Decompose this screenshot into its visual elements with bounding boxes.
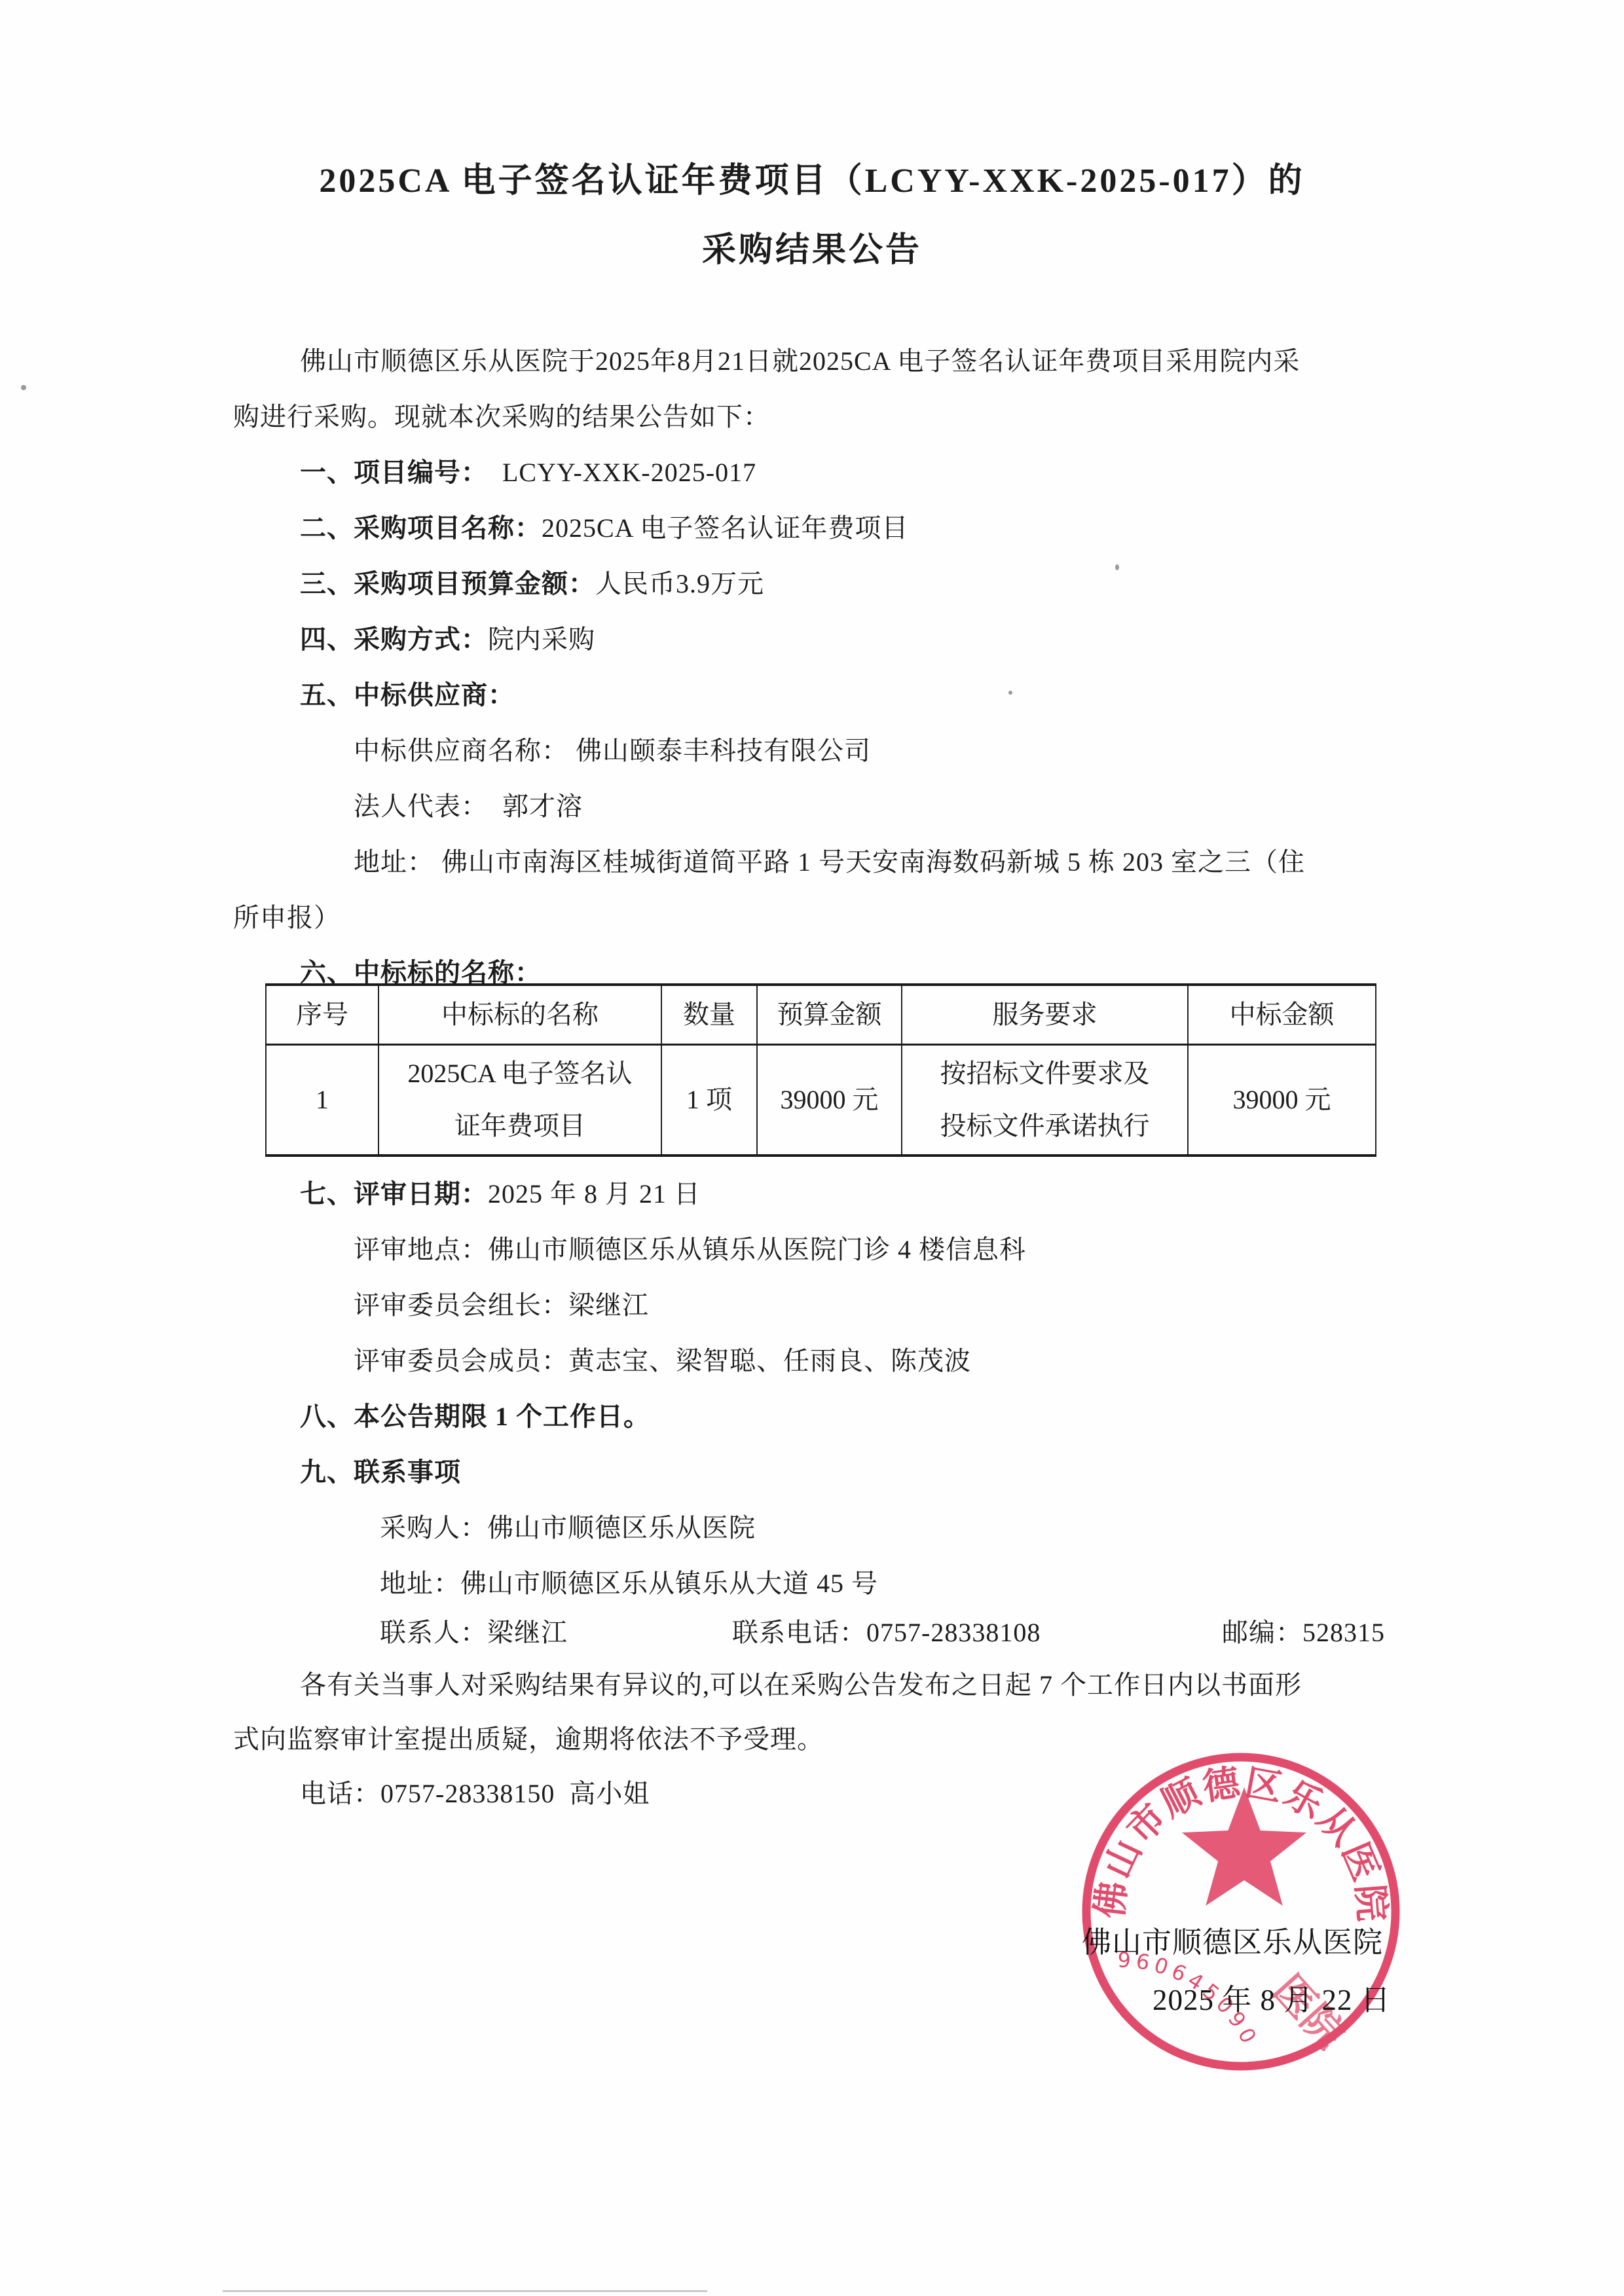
scanner-edge-line bbox=[223, 2290, 707, 2292]
item3-label: 三、采购项目预算金额： bbox=[300, 569, 595, 598]
award-table: 序号 中标标的名称 数量 预算金额 服务要求 中标金额 1 2025CA 电子签… bbox=[265, 983, 1376, 1157]
supplier-name-line: 中标供应商名称： 佛山颐泰丰科技有限公司 bbox=[354, 735, 871, 767]
contact-tel: 联系电话：0757-28338108 bbox=[732, 1617, 1041, 1649]
buyer-line: 采购人：佛山市顺德区乐从医院 bbox=[380, 1512, 756, 1544]
item3-value: 人民币3.9万元 bbox=[595, 569, 764, 598]
col-header-amount: 中标金额 bbox=[1188, 985, 1376, 1045]
objection-tel: 电话：0757-28338150 高小姐 bbox=[300, 1778, 650, 1810]
objection-line1: 各有关当事人对采购结果有异议的,可以在采购公告发布之日起 7 个工作日内以书面形 bbox=[300, 1669, 1302, 1701]
objection-line2: 式向监察审计室提出质疑，逾期将依法不予受理。 bbox=[233, 1724, 824, 1755]
supplier-addr-cont: 所申报） bbox=[233, 902, 341, 934]
supplier-addr-line: 地址： 佛山市南海区桂城街道简平路 1 号天安南海数码新城 5 栋 203 室之… bbox=[354, 847, 1305, 878]
supplier-addr-label: 地址： bbox=[354, 847, 434, 877]
item-contact-matters: 九、联系事项 bbox=[300, 1457, 461, 1488]
doc-title-line2: 采购结果公告 bbox=[0, 230, 1624, 271]
cell-qty: 1 项 bbox=[661, 1045, 757, 1156]
item-notice-period: 八、本公告期限 1 个工作日。 bbox=[300, 1401, 650, 1432]
buyer-addr-line: 地址：佛山市顺德区乐从镇乐从大道 45 号 bbox=[380, 1568, 878, 1599]
signature-org-name: 佛山市顺德区乐从医院 bbox=[1082, 1918, 1383, 1961]
scan-speck bbox=[1115, 564, 1119, 570]
doc-title-line1: 2025CA 电子签名认证年费项目（LCYY-XXK-2025-017）的 bbox=[0, 161, 1624, 202]
cell-service: 按招标文件要求及 投标文件承诺执行 bbox=[902, 1045, 1188, 1156]
col-header-seq: 序号 bbox=[266, 985, 378, 1045]
legal-rep-value: 郭才溶 bbox=[488, 792, 583, 821]
item4-label: 四、采购方式： bbox=[300, 625, 488, 654]
item-method: 四、采购方式：院内采购 bbox=[300, 624, 595, 655]
item1-value: LCYY-XXK-2025-017 bbox=[488, 458, 756, 487]
item-winning-supplier: 五、中标供应商： bbox=[300, 680, 515, 711]
intro-line2: 购进行采购。现就本次采购的结果公告如下： bbox=[233, 401, 770, 433]
item7-value: 2025 年 8 月 21 日 bbox=[488, 1179, 701, 1209]
cell-seq: 1 bbox=[266, 1045, 378, 1156]
col-header-service: 服务要求 bbox=[902, 985, 1188, 1045]
item-project-name: 二、采购项目名称：2025CA 电子签名认证年费项目 bbox=[300, 513, 908, 544]
official-seal: 佛山市顺德区乐从医院 96064509031 医院 bbox=[1067, 1738, 1408, 2079]
cell-amount: 39000 元 bbox=[1188, 1045, 1376, 1156]
item-budget: 三、采购项目预算金额：人民币3.9万元 bbox=[300, 568, 764, 600]
review-members: 评审委员会成员：黄志宝、梁智聪、任雨良、陈茂波 bbox=[354, 1345, 971, 1377]
supplier-addr-value: 佛山市南海区桂城街道简平路 1 号天安南海数码新城 5 栋 203 室之三（住 bbox=[434, 847, 1305, 877]
cell-name: 2025CA 电子签名认 证年费项目 bbox=[378, 1045, 661, 1156]
scan-speck bbox=[1008, 691, 1012, 695]
supplier-name-value: 佛山颐泰丰科技有限公司 bbox=[568, 736, 871, 765]
signature-date: 2025 年 8 月 22 日 bbox=[1153, 1976, 1391, 2018]
item-review-date: 七、评审日期：2025 年 8 月 21 日 bbox=[300, 1178, 701, 1210]
item2-label: 二、采购项目名称： bbox=[300, 513, 542, 543]
intro-line1: 佛山市顺德区乐从医院于2025年8月21日就2025CA 电子签名认证年费项目采… bbox=[300, 346, 1300, 377]
item-project-number: 一、项目编号： LCYY-XXK-2025-017 bbox=[300, 457, 756, 488]
document-page: 2025CA 电子签名认证年费项目（LCYY-XXK-2025-017）的 采购… bbox=[0, 0, 1624, 2296]
cell-budget: 39000 元 bbox=[757, 1045, 902, 1156]
item1-label: 一、项目编号： bbox=[300, 458, 488, 487]
review-leader: 评审委员会组长：梁继江 bbox=[354, 1290, 649, 1321]
col-header-name: 中标标的名称 bbox=[378, 985, 661, 1045]
item2-value: 2025CA 电子签名认证年费项目 bbox=[542, 513, 908, 543]
col-header-budget: 预算金额 bbox=[757, 985, 902, 1045]
scan-speck bbox=[21, 385, 26, 390]
legal-rep-line: 法人代表： 郭才溶 bbox=[354, 791, 583, 822]
review-place: 评审地点：佛山市顺德区乐从镇乐从医院门诊 4 楼信息科 bbox=[354, 1234, 1026, 1266]
award-table-row: 1 2025CA 电子签名认 证年费项目 1 项 39000 元 按招标文件要求… bbox=[266, 1045, 1376, 1156]
item7-label: 七、评审日期： bbox=[300, 1179, 488, 1209]
item4-value: 院内采购 bbox=[488, 625, 595, 654]
col-header-qty: 数量 bbox=[661, 985, 757, 1045]
contact-person: 联系人：梁继江 bbox=[380, 1617, 568, 1649]
supplier-name-label: 中标供应商名称： bbox=[354, 736, 568, 765]
legal-rep-label: 法人代表： bbox=[354, 792, 488, 821]
postcode: 邮编：528315 bbox=[1222, 1617, 1385, 1649]
award-table-header-row: 序号 中标标的名称 数量 预算金额 服务要求 中标金额 bbox=[266, 985, 1376, 1045]
